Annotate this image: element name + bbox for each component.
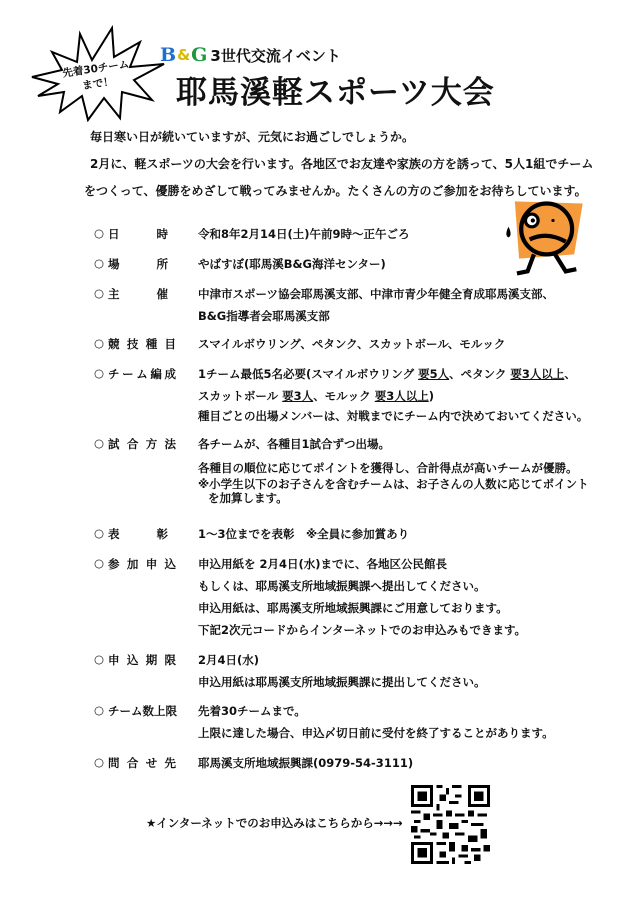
label-char: 込: [165, 556, 177, 572]
organizer-line: B&G指導者会耶馬溪支部: [198, 308, 554, 330]
label-char: 試: [108, 436, 120, 452]
label-char: 参: [108, 556, 120, 572]
method-line: 各チームが、各種目1試合ずつ出場。: [198, 436, 589, 460]
brand-logo-b: B: [160, 44, 176, 66]
label-char: 彰: [157, 526, 169, 542]
label-char: チ: [108, 703, 120, 719]
method-note: を加算します。: [198, 490, 589, 512]
text: 、モルック: [313, 389, 375, 403]
subtitle-text: 3世代交流イベント: [210, 45, 340, 66]
method-line: 各種目の順位に応じてポイントを獲得し、合計得点が高いチームが優勝。: [198, 460, 589, 476]
application-line: 申込用紙は、耶馬溪支所地域振興課にご用意しております。: [198, 600, 526, 622]
label-char: 問: [108, 755, 120, 771]
label-char: 期: [146, 652, 158, 668]
event-subtitle: B & G 3世代交流イベント: [160, 44, 341, 66]
label-char: 限: [165, 652, 177, 668]
label-char: 込: [127, 652, 139, 668]
qr-code-icon[interactable]: [411, 785, 490, 864]
composition-line: スカットボール 要3人、モルック 要3人以上): [198, 388, 588, 408]
label-char: 種: [146, 336, 158, 352]
label-char: 数: [143, 703, 155, 719]
bullet-circle-icon: ○: [94, 703, 104, 717]
label-char: 催: [157, 286, 169, 302]
method-note: ※小学生以下のお子さんを含むチームは、お子さんの人数に応じてポイント: [198, 476, 589, 490]
underlined-requirement: 要3人: [282, 389, 313, 403]
bullet-circle-icon: ○: [94, 256, 104, 270]
label-char: 技: [127, 336, 139, 352]
brand-logo-g: G: [191, 44, 207, 66]
label-char: 法: [165, 436, 177, 452]
label-char: 申: [108, 652, 120, 668]
contact-value: 耶馬溪支所地域振興課(0979-54-3111): [198, 755, 413, 777]
underlined-requirement: 要3人以上: [510, 367, 564, 381]
label-char: 主: [108, 286, 120, 302]
label-char: 場: [108, 256, 120, 272]
composition-line: 種目ごとの出場メンバーは、対戦までにチーム内で決めておいてください。: [198, 408, 588, 430]
online-application-text: ★インターネットでのお申込みはこちらから→→→: [146, 815, 403, 831]
application-line: 下記2次元コードからインターネットでのお申込みもできます。: [198, 622, 526, 644]
events-value: スマイルボウリング、ペタンク、スカットボール、モルック: [198, 336, 505, 358]
label-char: 合: [127, 436, 139, 452]
deadline-date: 2月4日(水): [198, 652, 486, 674]
bullet-circle-icon: ○: [94, 755, 104, 769]
bullet-circle-icon: ○: [94, 286, 104, 300]
text: 、ペタンク: [449, 367, 510, 381]
brand-logo-amp: &: [177, 46, 190, 64]
text: ): [429, 389, 434, 403]
label-char: 先: [165, 755, 177, 771]
bullet-circle-icon: ○: [94, 652, 104, 666]
label-char: 編: [150, 366, 162, 382]
datetime-value: 令和8年2月14日(土)午前9時～正午ごろ: [198, 226, 410, 248]
label-char: 所: [157, 256, 169, 272]
label-char: ー: [120, 703, 132, 719]
venue-value: やばすぼ(耶馬溪B&G海洋センター): [198, 256, 386, 278]
awards-value: 1～3位までを表彰 ※全員に参加賞あり: [198, 526, 409, 548]
bullet-circle-icon: ○: [94, 336, 104, 350]
intro-line-1: 毎日寒い日が続いていますが、元気にお過ごしでしょうか。: [90, 128, 414, 145]
limit-value: 先着30チームまで。: [198, 703, 554, 725]
label-char: ー: [122, 366, 134, 382]
bullet-circle-icon: ○: [94, 526, 104, 540]
composition-line: 1チーム最低5名必要(スマイルボウリング 要5人、ペタンク 要3人以上、: [198, 366, 588, 388]
bullet-circle-icon: ○: [94, 436, 104, 450]
label-char: 目: [165, 336, 177, 352]
label-char: せ: [146, 755, 158, 771]
text: スカットボール: [198, 389, 282, 403]
bullet-circle-icon: ○: [94, 366, 104, 380]
label-char: 上: [154, 703, 166, 719]
label-char: チ: [108, 366, 120, 382]
intro-line-2: 2月に、軽スポーツの大会を行います。各地区でお友達や家族の方を誘って、5人1組で…: [90, 155, 593, 172]
label-char: 成: [165, 366, 177, 382]
bullet-circle-icon: ○: [94, 226, 104, 240]
label-char: 方: [146, 436, 158, 452]
text: 1チーム最低5名必要(スマイルボウリング: [198, 367, 418, 381]
underlined-requirement: 要3人以上: [375, 389, 429, 403]
label-char: ム: [136, 366, 148, 382]
label-char: 時: [157, 226, 169, 242]
organizer-line: 中津市スポーツ協会耶馬溪支部、中津市青少年健全育成耶馬溪支部、: [198, 286, 554, 308]
label-char: 限: [166, 703, 178, 719]
label-char: 表: [108, 526, 120, 542]
application-line: 申込用紙を 2月4日(水)までに、各地区公民館長: [198, 556, 526, 578]
bullet-circle-icon: ○: [94, 556, 104, 570]
text: 、: [564, 367, 576, 381]
label-char: ム: [131, 703, 143, 719]
label-char: 申: [146, 556, 158, 572]
label-char: 競: [108, 336, 120, 352]
underlined-requirement: 要5人: [418, 367, 449, 381]
application-line: もしくは、耶馬溪支所地域振興課へ提出してください。: [198, 578, 526, 600]
mascot-icon: [500, 196, 606, 282]
label-char: 加: [127, 556, 139, 572]
label-char: 合: [127, 755, 139, 771]
label-char: 日: [108, 226, 120, 242]
deadline-note: 申込用紙は耶馬溪支所地域振興課に提出してください。: [198, 674, 486, 696]
page-title: 耶馬溪軽スポーツ大会: [176, 67, 495, 112]
limit-note: 上限に達した場合、申込〆切日前に受付を終了することがあります。: [198, 725, 554, 747]
